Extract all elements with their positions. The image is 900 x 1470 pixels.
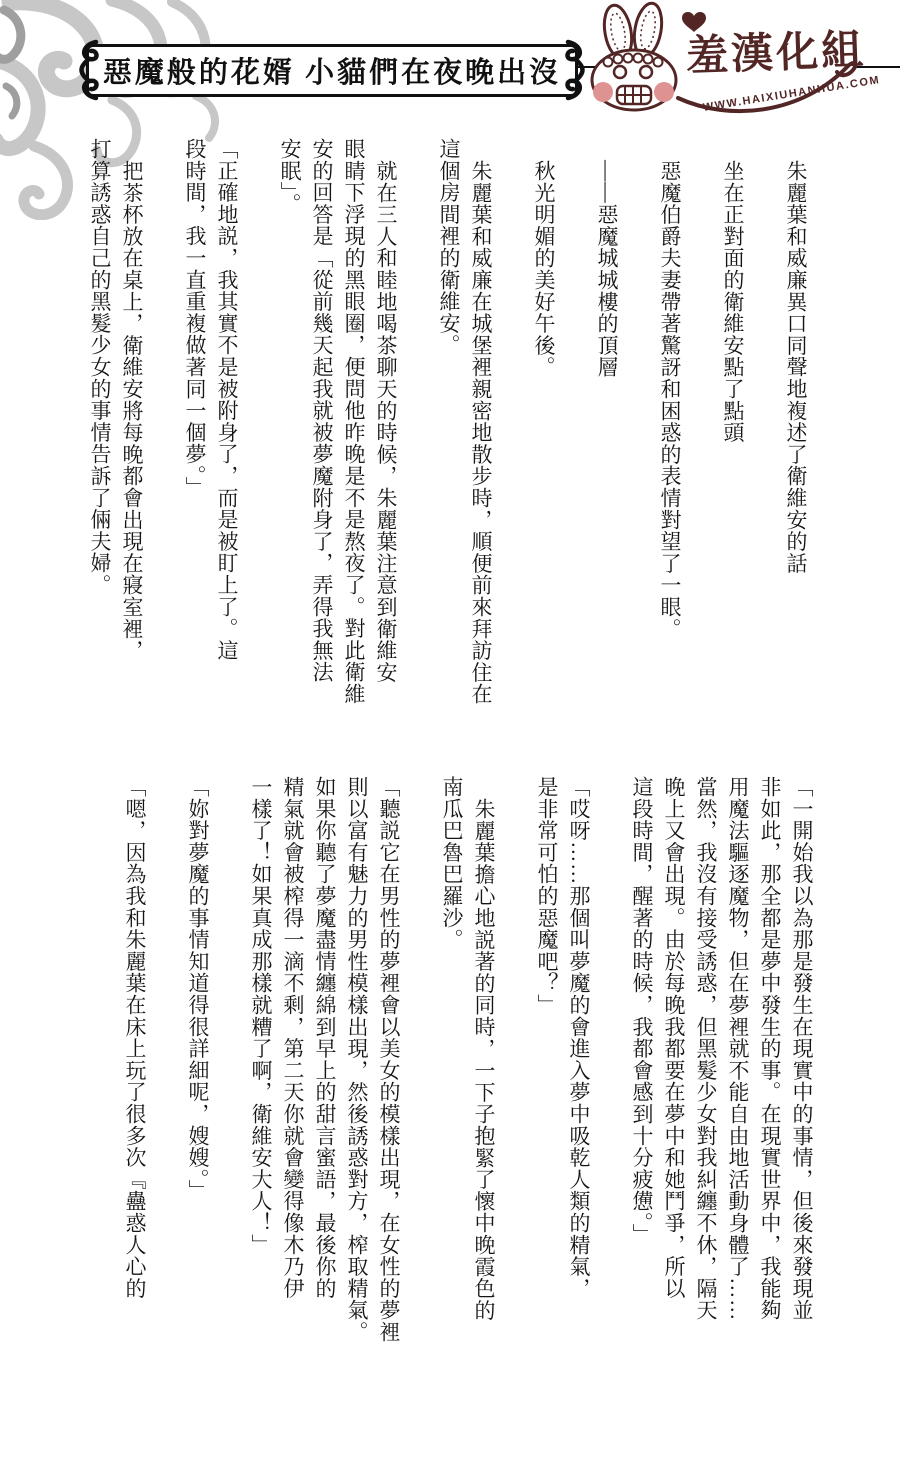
paragraph: 朱麗葉和威廉在城堡裡親密地散步時，順便前來拜訪住在這個房間裡的衛維安。: [433, 138, 497, 705]
scanlation-group-logo: 羞漢化組 WWW.HAIXIUHANHUA.COM: [590, 0, 870, 120]
text-column: 則以富有魅力的男性模樣出現，然後誘惑對方，榨取精氣。: [341, 776, 373, 1343]
chapter-title-box: 惡魔般的花婿 小貓們在夜晚出沒: [86, 44, 578, 97]
text-column: 惡魔伯爵夫妻帶著驚訝和困惑的表情對望了一眼。: [654, 138, 686, 705]
page-title: 惡魔般的花婿 小貓們在夜晚出沒: [103, 50, 561, 91]
text-column: 是非常可怕的惡魔吧？」: [531, 776, 563, 1343]
paragraph: 朱麗葉擔心地説著的同時，一下子抱緊了懷中晚霞色的南瓜巴魯巴羅沙。: [436, 776, 500, 1343]
text-column: 用魔法驅逐魔物，但在夢裡就不能自由地活動身體了……: [722, 776, 754, 1343]
paragraph: 朱麗葉和威廉異口同聲地複述了衛維安的話: [780, 138, 812, 705]
text-column: 當然，我沒有接受誘惑，但黑髮少女對我糾纏不休，隔天: [690, 776, 722, 1343]
text-column: 朱麗葉和威廉在城堡裡親密地散步時，順便前來拜訪住在: [465, 138, 497, 705]
text-column: 一樣了！如果真成那樣就糟了啊，衛維安大人！」: [245, 776, 277, 1343]
text-column: 安眠」。: [274, 138, 306, 705]
text-column: 把茶杯放在桌上，衛維安將每晚都會出現在寢室裡，: [116, 138, 148, 705]
text-column: 「正確地説，我其實不是被附身了，而是被盯上了。這: [211, 138, 243, 705]
text-column: 「一開始我以為那是發生在現實中的事情，但後來發現並: [786, 776, 818, 1343]
paragraph: 把茶杯放在桌上，衛維安將每晚都會出現在寢室裡，打算誘惑自己的黑髮少女的事情告訴了…: [84, 138, 148, 705]
text-column: 打算誘惑自己的黑髮少女的事情告訴了倆夫婦。: [84, 138, 116, 705]
text-column: 朱麗葉擔心地説著的同時，一下子抱緊了懷中晚霞色的: [468, 776, 500, 1343]
top-text-block: 朱麗葉和威廉異口同聲地複述了衛維安的話坐在正對面的衛維安點了點頭惡魔伯爵夫妻帶著…: [84, 138, 812, 705]
ornament-clasp-right-icon: [562, 39, 588, 101]
bottom-text-block: 「一開始我以為那是發生在現實中的事情，但後來發現並非如此，那全都是夢中發生的事。…: [119, 776, 818, 1343]
logo-group-name: 羞漢化組: [685, 17, 867, 83]
ornament-clasp-left-icon: [76, 39, 102, 101]
paragraph: 惡魔伯爵夫妻帶著驚訝和困惑的表情對望了一眼。: [654, 138, 686, 705]
text-column: 秋光明媚的美好午後。: [528, 138, 560, 705]
paragraph: 秋光明媚的美好午後。: [528, 138, 560, 705]
paragraph: 「妳對夢魔的事情知道得很詳細呢，嫂嫂。」: [182, 776, 214, 1343]
text-column: 晚上又會出現。由於每晚我都要在夢中和她鬥爭，所以: [658, 776, 690, 1343]
text-column: 「聽説它在男性的夢裡會以美女的模樣出現，在女性的夢裡: [373, 776, 405, 1343]
paragraph: 坐在正對面的衛維安點了點頭: [717, 138, 749, 705]
paragraph: 「嗯，因為我和朱麗葉在床上玩了很多次『蠱惑人心的: [119, 776, 151, 1343]
text-column: 非如此，那全都是夢中發生的事。在現實世界中，我能夠: [754, 776, 786, 1343]
paragraph: 「聽説它在男性的夢裡會以美女的模樣出現，在女性的夢裡則以富有魅力的男性模樣出現，…: [245, 776, 405, 1343]
text-column: 安的回答是「從前幾天起我就被夢魔附身了，弄得我無法: [306, 138, 338, 705]
text-column: 「哎呀……那個叫夢魔的會進入夢中吸乾人類的精氣，: [563, 776, 595, 1343]
paragraph: 「哎呀……那個叫夢魔的會進入夢中吸乾人類的精氣，是非常可怕的惡魔吧？」: [531, 776, 595, 1343]
paragraph: 「一開始我以為那是發生在現實中的事情，但後來發現並非如此，那全都是夢中發生的事。…: [626, 776, 818, 1343]
paragraph: ——惡魔城城樓的頂層: [591, 138, 623, 705]
text-column: 南瓜巴魯巴羅沙。: [436, 776, 468, 1343]
text-column: 朱麗葉和威廉異口同聲地複述了衛維安的話: [780, 138, 812, 705]
text-column: 「嗯，因為我和朱麗葉在床上玩了很多次『蠱惑人心的: [119, 776, 151, 1343]
text-column: ——惡魔城城樓的頂層: [591, 138, 623, 705]
text-column: 眼睛下浮現的黑眼圈，便問他昨晚是不是熬夜了。對此衛維: [338, 138, 370, 705]
paragraph: 就在三人和睦地喝茶聊天的時候，朱麗葉注意到衛維安眼睛下浮現的黑眼圈，便問他昨晚是…: [274, 138, 402, 705]
text-column: 這個房間裡的衛維安。: [433, 138, 465, 705]
paragraph: 「正確地説，我其實不是被附身了，而是被盯上了。這段時間，我一直重複做著同一個夢。…: [179, 138, 243, 705]
text-column: 「妳對夢魔的事情知道得很詳細呢，嫂嫂。」: [182, 776, 214, 1343]
text-column: 如果你聽了夢魔盡情纏綿到早上的甜言蜜語，最後你的: [309, 776, 341, 1343]
text-column: 這段時間，醒著的時候，我都會感到十分疲憊。」: [626, 776, 658, 1343]
text-column: 就在三人和睦地喝茶聊天的時候，朱麗葉注意到衛維安: [370, 138, 402, 705]
text-column: 段時間，我一直重複做著同一個夢。」: [179, 138, 211, 705]
novel-page: 惡魔般的花婿 小貓們在夜晚出沒: [0, 0, 900, 1470]
text-column: 坐在正對面的衛維安點了點頭: [717, 138, 749, 705]
text-column: 精氣就會被榨得一滴不剩，第二天你就會變得像木乃伊: [277, 776, 309, 1343]
